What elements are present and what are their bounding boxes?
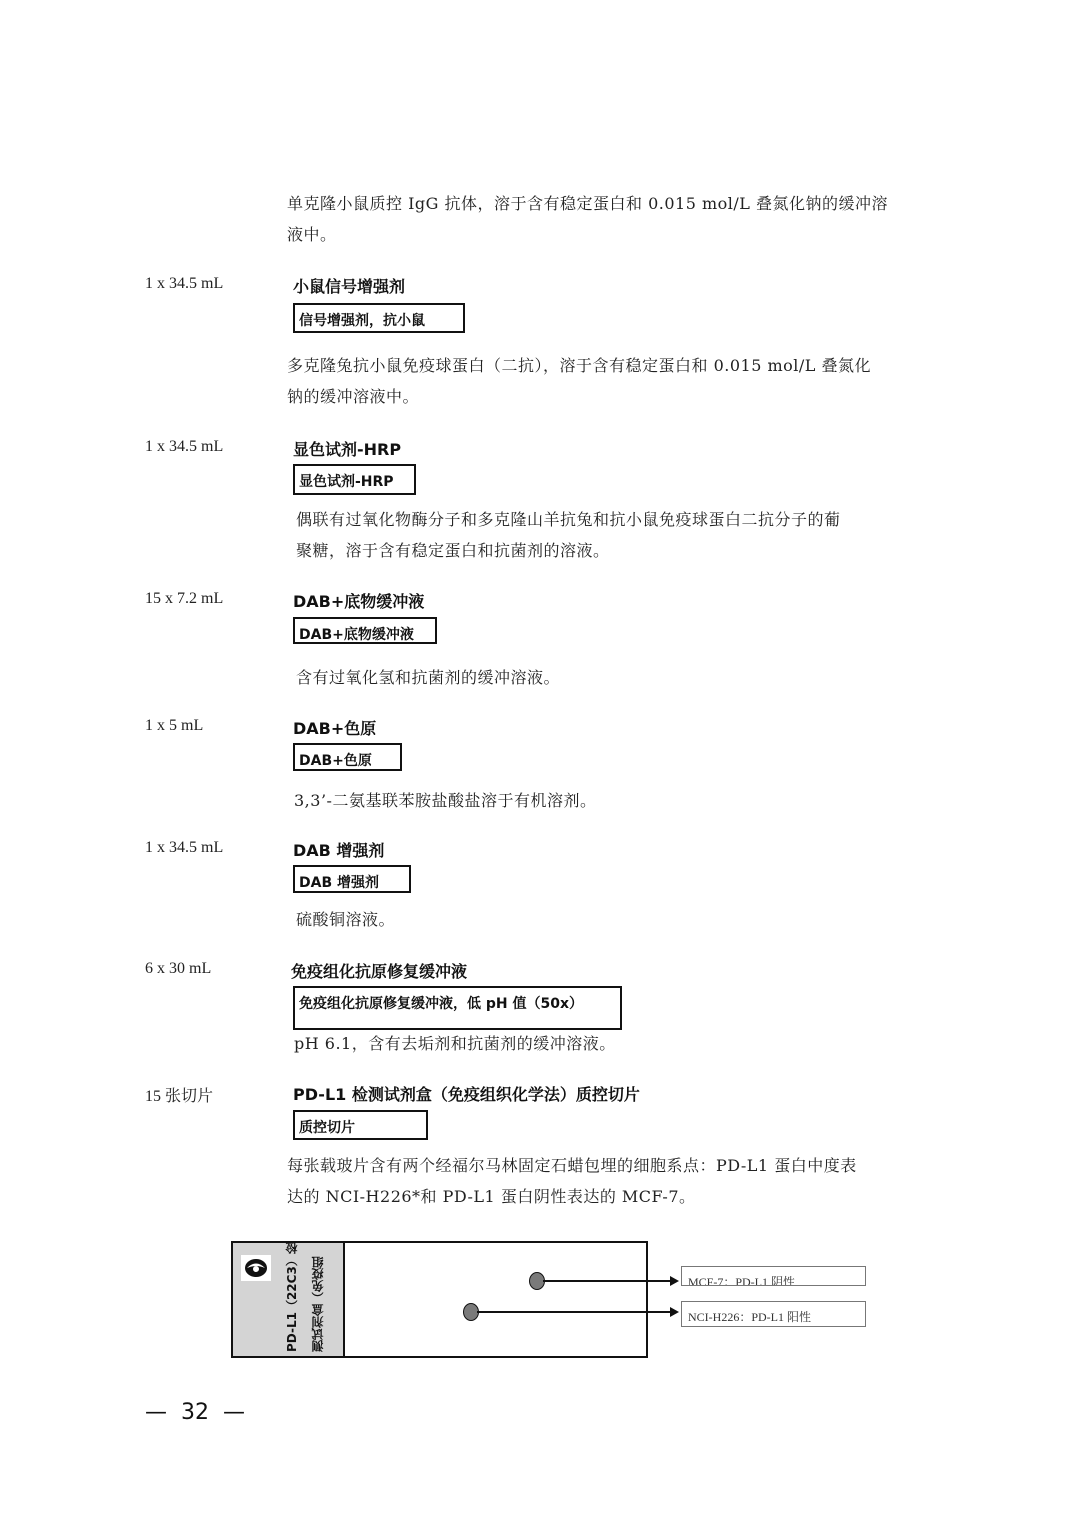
item-title: 显色试剂-HRP xyxy=(293,437,401,460)
description-line: pH 6.1，含有去垢剂和抗菌剂的缓冲溶液。 xyxy=(294,1028,944,1059)
item-quantity: 15 x 7.2 mL xyxy=(145,590,223,608)
dash-right: — xyxy=(223,1400,245,1425)
connector-line xyxy=(543,1280,672,1282)
company-logo-icon xyxy=(241,1255,271,1281)
slide-label-line2: 测试剂盒（免疫组 xyxy=(309,1247,326,1352)
description-line: 硫酸铜溶液。 xyxy=(296,904,946,935)
item-title: PD-L1 检测试剂盒（免疫组织化学法）质控切片 xyxy=(293,1082,640,1105)
description-line: 偶联有过氧化物酶分子和多克隆山羊抗兔和抗小鼠免疫球蛋白二抗分子的葡 xyxy=(296,504,946,535)
item-label-box: 信号增强剂，抗小鼠 xyxy=(293,303,465,333)
callout-text: MCF-7：PD-L1 阴性 xyxy=(688,1275,795,1286)
slide-label-area: PD-L1（22C3）检 测试剂盒（免疫组 xyxy=(233,1243,345,1356)
item-label-text: DAB 增强剂 xyxy=(299,875,379,891)
page-number-footer: — 32 — xyxy=(145,1400,245,1425)
item-title: DAB+底物缓冲液 xyxy=(293,589,424,612)
item-quantity: 1 x 5 mL xyxy=(145,717,203,735)
item-label-text: 质控切片 xyxy=(299,1120,355,1136)
item-label-box: 免疫组化抗原修复缓冲液，低 pH 值（50x） xyxy=(293,986,622,1030)
dash-left: — xyxy=(145,1400,167,1425)
item-description: 多克隆兔抗小鼠免疫球蛋白（二抗），溶于含有稳定蛋白和 0.015 mol/L 叠… xyxy=(287,350,947,412)
item-description: 每张载玻片含有两个经福尔马林固定石蜡包埋的细胞系点：PD-L1 蛋白中度表 达的… xyxy=(287,1150,947,1212)
item-title: 免疫组化抗原修复缓冲液 xyxy=(291,959,467,982)
description-line: 每张载玻片含有两个经福尔马林固定石蜡包埋的细胞系点：PD-L1 蛋白中度表 xyxy=(287,1150,947,1181)
item-label-box: DAB+色原 xyxy=(293,743,402,771)
item-label-text: 信号增强剂，抗小鼠 xyxy=(299,313,425,329)
item-quantity: 1 x 34.5 mL xyxy=(145,839,223,857)
intro-paragraph: 单克隆小鼠质控 IgG 抗体，溶于含有稳定蛋白和 0.015 mol/L 叠氮化… xyxy=(287,188,947,250)
description-line: 达的 NCI-H226*和 PD-L1 蛋白阴性表达的 MCF-7。 xyxy=(287,1181,947,1212)
item-quantity: 1 x 34.5 mL xyxy=(145,275,223,293)
item-label-box: 显色试剂-HRP xyxy=(293,464,416,495)
item-title: DAB+色原 xyxy=(293,716,376,739)
item-quantity: 1 x 34.5 mL xyxy=(145,438,223,456)
item-label-box: 质控切片 xyxy=(293,1110,428,1140)
slide-diagram: PD-L1（22C3）检 测试剂盒（免疫组 xyxy=(231,1241,648,1358)
item-description: 偶联有过氧化物酶分子和多克隆山羊抗兔和抗小鼠免疫球蛋白二抗分子的葡 聚糖，溶于含… xyxy=(296,504,946,566)
item-label-text: DAB+底物缓冲液 xyxy=(299,627,414,643)
arrow-icon xyxy=(670,1276,679,1286)
description-line: 3,3’-二氨基联苯胺盐酸盐溶于有机溶剂。 xyxy=(294,785,944,816)
connector-line xyxy=(477,1311,672,1313)
item-quantity: 15 张切片 xyxy=(145,1083,213,1106)
page-number: 32 xyxy=(181,1400,209,1425)
item-label-text: 显色试剂-HRP xyxy=(299,474,394,490)
description-line: 钠的缓冲溶液中。 xyxy=(287,381,947,412)
item-label-box: DAB 增强剂 xyxy=(293,865,411,893)
item-label-text: 免疫组化抗原修复缓冲液，低 pH 值（50x） xyxy=(299,996,583,1012)
description-line: 含有过氧化氢和抗菌剂的缓冲溶液。 xyxy=(296,662,946,693)
item-title: DAB 增强剂 xyxy=(293,838,384,861)
callout-mcf7: MCF-7：PD-L1 阴性 xyxy=(681,1266,866,1286)
item-description: pH 6.1，含有去垢剂和抗菌剂的缓冲溶液。 xyxy=(294,1028,944,1059)
item-title: 小鼠信号增强剂 xyxy=(293,274,405,297)
item-label-box: DAB+底物缓冲液 xyxy=(293,617,437,644)
callout-nci-h226: NCI-H226：PD-L1 阳性 xyxy=(681,1301,866,1327)
intro-line: 液中。 xyxy=(287,219,947,250)
item-description: 含有过氧化氢和抗菌剂的缓冲溶液。 xyxy=(296,662,946,693)
item-label-text: DAB+色原 xyxy=(299,753,372,769)
item-description: 3,3’-二氨基联苯胺盐酸盐溶于有机溶剂。 xyxy=(294,785,944,816)
item-description: 硫酸铜溶液。 xyxy=(296,904,946,935)
callout-text: NCI-H226：PD-L1 阳性 xyxy=(688,1310,811,1324)
arrow-icon xyxy=(670,1307,679,1317)
description-line: 聚糖，溶于含有稳定蛋白和抗菌剂的溶液。 xyxy=(296,535,946,566)
item-quantity: 6 x 30 mL xyxy=(145,960,211,978)
intro-line: 单克隆小鼠质控 IgG 抗体，溶于含有稳定蛋白和 0.015 mol/L 叠氮化… xyxy=(287,188,947,219)
slide-label-line1: PD-L1（22C3）检 xyxy=(283,1247,300,1352)
description-line: 多克隆兔抗小鼠免疫球蛋白（二抗），溶于含有稳定蛋白和 0.015 mol/L 叠… xyxy=(287,350,947,381)
